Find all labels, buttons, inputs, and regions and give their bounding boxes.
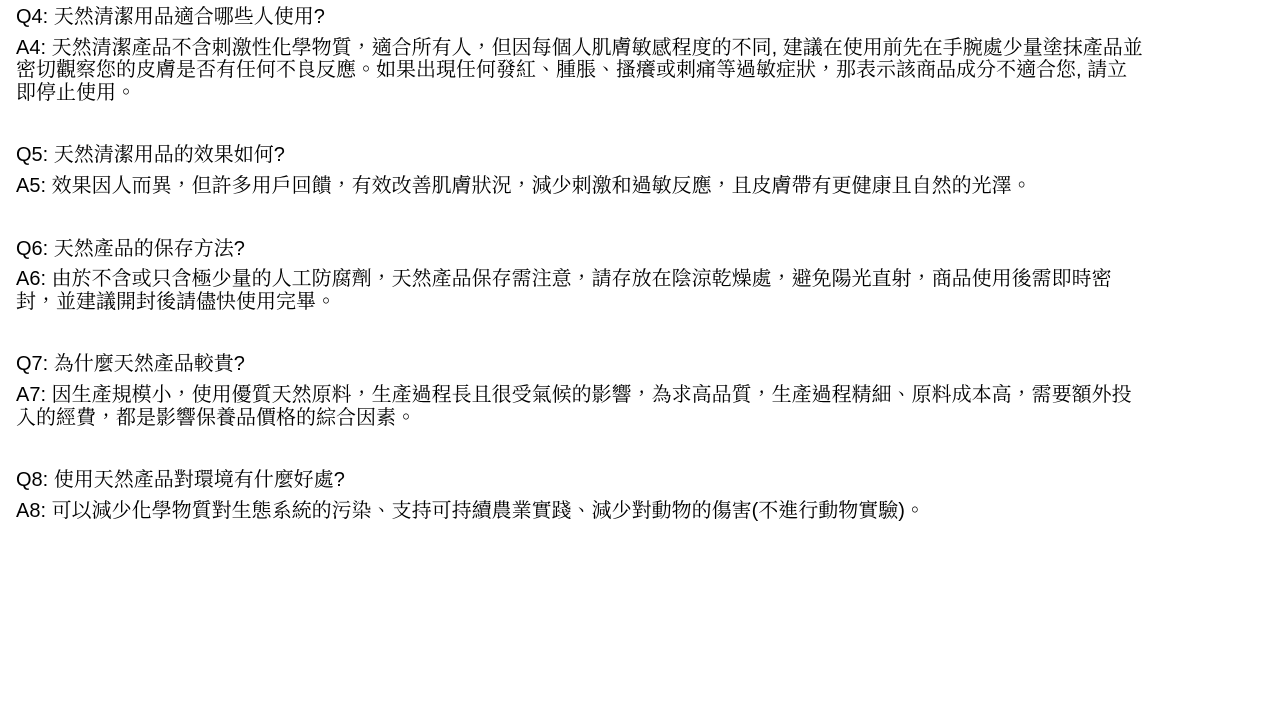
faq-page: Q4: 天然清潔用品適合哪些人使用? A4: 天然清潔產品不含刺激性化學物質，適… [0,0,1146,522]
faq-answer: A8: 可以減少化學物質對生態系統的污染、支持可持續農業實踐、減少對動物的傷害(… [16,500,1146,523]
faq-item-q4: Q4: 天然清潔用品適合哪些人使用? A4: 天然清潔產品不含刺激性化學物質，適… [16,6,1146,104]
faq-item-q5: Q5: 天然清潔用品的效果如何? A5: 效果因人而異，但許多用戶回饋，有效改善… [16,144,1146,197]
faq-item-q6: Q6: 天然產品的保存方法? A6: 由於不含或只含極少量的人工防腐劑，天然產品… [16,238,1146,314]
faq-item-q7: Q7: 為什麼天然產品較貴? A7: 因生產規模小，使用優質天然原料，生產過程長… [16,353,1146,429]
faq-question: Q8: 使用天然產品對環境有什麼好處? [16,469,1146,492]
faq-item-q8: Q8: 使用天然產品對環境有什麼好處? A8: 可以減少化學物質對生態系統的污染… [16,469,1146,522]
faq-answer: A7: 因生產規模小，使用優質天然原料，生產過程長且很受氣候的影響，為求高品質，… [16,384,1146,429]
faq-question: Q6: 天然產品的保存方法? [16,238,1146,261]
faq-question: Q5: 天然清潔用品的效果如何? [16,144,1146,167]
faq-answer: A4: 天然清潔產品不含刺激性化學物質，適合所有人，但因每個人肌膚敏感程度的不同… [16,37,1146,105]
faq-answer: A5: 效果因人而異，但許多用戶回饋，有效改善肌膚狀況，減少刺激和過敏反應，且皮… [16,175,1146,198]
faq-answer: A6: 由於不含或只含極少量的人工防腐劑，天然產品保存需注意，請存放在陰涼乾燥處… [16,268,1146,313]
faq-question: Q4: 天然清潔用品適合哪些人使用? [16,6,1146,29]
faq-question: Q7: 為什麼天然產品較貴? [16,353,1146,376]
